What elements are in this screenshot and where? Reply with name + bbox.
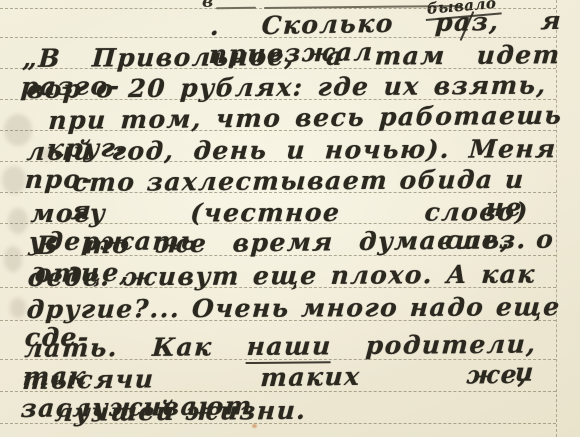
handwriting-line: вор о 20 рублях: где их взять, xyxy=(26,71,548,104)
handwriting-segment: деде. живут еще плохо. А как xyxy=(27,259,537,292)
handwriting-line: лучшей жизни. xyxy=(54,396,356,427)
handwriting-segment: вор о 20 рублях: где их взять, xyxy=(26,70,548,104)
handwriting-segment: лучшей жизни. xyxy=(54,396,308,427)
handwriting-line: деде. живут еще плохо. А как xyxy=(27,260,537,292)
top-edge-fragment-letter: в xyxy=(202,0,213,12)
notebook-page: в бывало . Сколько раз, я приезжал„В При… xyxy=(0,0,580,437)
scan-blotch xyxy=(8,208,28,234)
scan-blotch xyxy=(10,298,26,318)
scan-blotch xyxy=(4,246,22,272)
handwriting-segment: лать. Как xyxy=(24,332,248,363)
scan-blotch xyxy=(2,166,26,194)
